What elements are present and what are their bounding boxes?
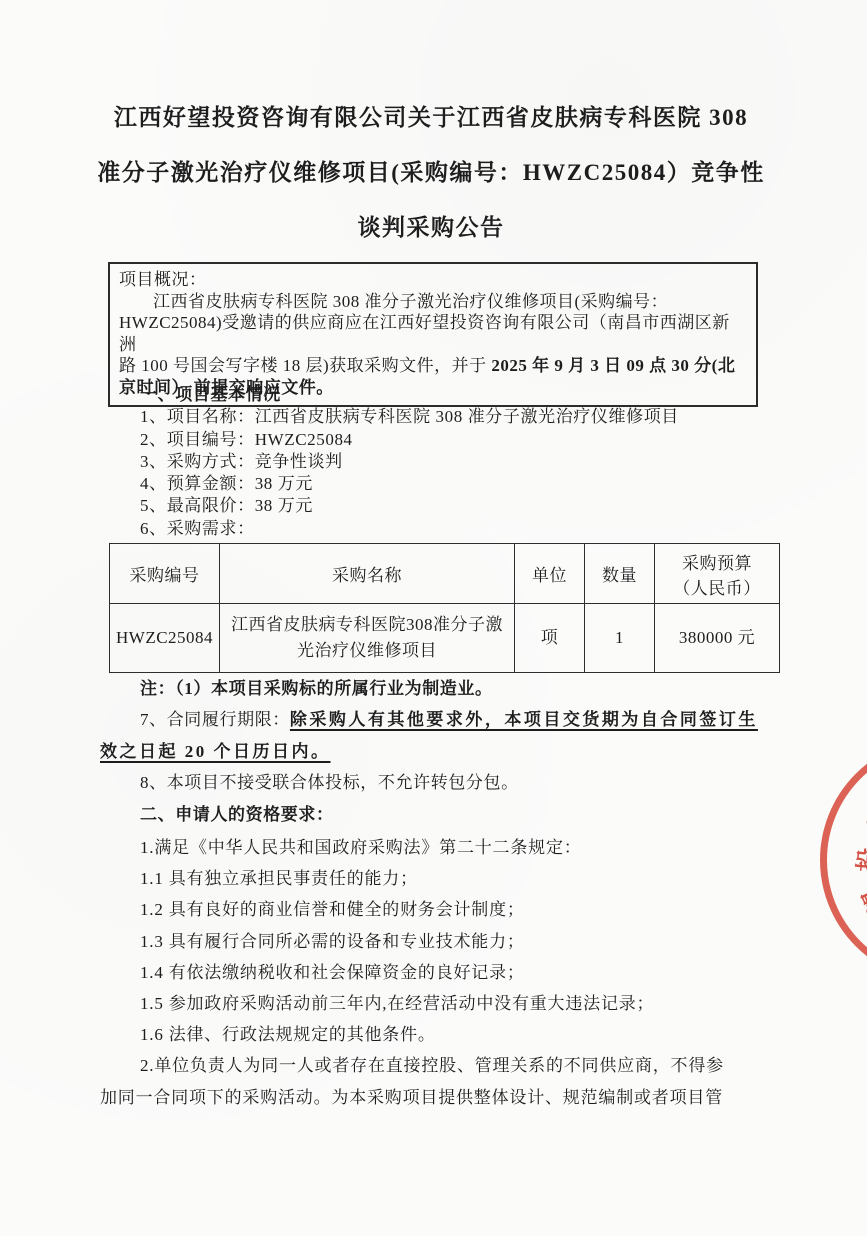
header-budget: 采购预算 （人民币） xyxy=(655,544,780,604)
overview-label: 项目概况： xyxy=(119,269,747,291)
section1-item-demand: 6、采购需求： xyxy=(100,518,764,540)
section1-item-name: 1、项目名称：江西省皮肤病专科医院 308 准分子激光治疗仪维修项目 xyxy=(100,406,764,428)
seal-character: 望 xyxy=(859,883,867,918)
qual-item-1-2: 1.2 具有良好的商业信誉和健全的财务会计制度； xyxy=(100,894,768,925)
header-name: 采购名称 xyxy=(220,544,515,604)
qual-item-1: 1.满足《中华人民共和国政府采购法》第二十二条规定： xyxy=(100,832,768,863)
cell-name: 江西省皮肤病专科医院308准分子激光治疗仪维修项目 xyxy=(220,604,515,673)
overview-line-3-regular: 路 100 号国会写字楼 18 层)获取采购文件，并于 xyxy=(119,356,491,375)
company-seal-stamp: 咨 资 投 望 好 xyxy=(820,738,867,982)
seal-character: 投 xyxy=(855,846,867,874)
clause7-line2: 效之日起 20 个日历日内。 xyxy=(100,736,768,767)
section1-item-budget: 4、预算金额：38 万元 xyxy=(100,473,764,495)
header-budget-line1: 采购预算 xyxy=(661,549,773,574)
table-header-row: 采购编号 采购名称 单位 数量 采购预算 （人民币） xyxy=(110,544,780,604)
qual-item-1-4: 1.4 有依法缴纳税收和社会保障资金的良好记录； xyxy=(100,957,768,988)
section2-heading: 二、申请人的资格要求： xyxy=(100,799,768,830)
header-unit: 单位 xyxy=(515,544,585,604)
title-line-2: 准分子激光治疗仪维修项目(采购编号：HWZC25084）竞争性 xyxy=(85,145,777,200)
clause7-label: 7、合同履行期限： xyxy=(140,710,290,729)
qual-para2-line1: 2.单位负责人为同一人或者存在直接控股、管理关系的不同供应商，不得参 xyxy=(100,1050,768,1081)
header-code: 采购编号 xyxy=(110,544,220,604)
overview-line-1: 江西省皮肤病专科医院 308 准分子激光治疗仪维修项目(采购编号： xyxy=(119,291,747,313)
header-qty: 数量 xyxy=(585,544,655,604)
title-line-3: 谈判采购公告 xyxy=(85,200,777,255)
document-page: 江西好望投资咨询有限公司关于江西省皮肤病专科医院 308 准分子激光治疗仪维修项… xyxy=(0,0,867,1236)
section1-heading: 一、项目基本情况 xyxy=(100,384,764,406)
clause8: 8、本项目不接受联合体投标，不允许转包分包。 xyxy=(100,767,768,798)
cell-budget: 380000 元 xyxy=(655,604,780,673)
title-line-1: 江西好望投资咨询有限公司关于江西省皮肤病专科医院 308 xyxy=(85,90,777,145)
qual-para2-line2: 加同一合同项下的采购活动。为本采购项目提供整体设计、规范编制或者项目管 xyxy=(100,1082,768,1113)
table-row: HWZC25084 江西省皮肤病专科医院308准分子激光治疗仪维修项目 项 1 … xyxy=(110,604,780,673)
qual-item-1-6: 1.6 法律、行政法规规定的其他条件。 xyxy=(100,1019,768,1050)
clause7-line1: 7、合同履行期限：除采购人有其他要求外，本项目交货期为自合同签订生 xyxy=(100,704,768,735)
notes-block: 注：（1）本项目采购标的所属行业为制造业。 7、合同履行期限：除采购人有其他要求… xyxy=(100,673,768,830)
section1-item-maxprice: 5、最高限价：38 万元 xyxy=(100,495,764,517)
section-qualifications: 1.满足《中华人民共和国政府采购法》第二十二条规定： 1.1 具有独立承担民事责… xyxy=(100,832,768,1113)
section1-item-number: 2、项目编号：HWZC25084 xyxy=(100,429,764,451)
section1-item-method: 3、采购方式：竞争性谈判 xyxy=(100,451,764,473)
procurement-table: 采购编号 采购名称 单位 数量 采购预算 （人民币） HWZC25084 江西省… xyxy=(109,543,780,673)
cell-code: HWZC25084 xyxy=(110,604,220,673)
cell-qty: 1 xyxy=(585,604,655,673)
qual-item-1-5: 1.5 参加政府采购活动前三年内,在经营活动中没有重大违法记录； xyxy=(100,988,768,1019)
overview-line-2: HWZC25084)受邀请的供应商应在江西好望投资咨询有限公司（南昌市西湖区新洲 xyxy=(119,312,747,355)
qual-item-1-1: 1.1 具有独立承担民事责任的能力； xyxy=(100,863,768,894)
overview-line-3: 路 100 号国会写字楼 18 层)获取采购文件，并于 2025 年 9 月 3… xyxy=(119,355,747,377)
header-budget-line2: （人民币） xyxy=(661,574,773,599)
qual-item-1-3: 1.3 具有履行合同所必需的设备和专业技术能力； xyxy=(100,926,768,957)
clause7-underline-1: 除采购人有其他要求外，本项目交货期为自合同签订生 xyxy=(290,710,758,729)
note-industry: 注：（1）本项目采购标的所属行业为制造业。 xyxy=(100,673,768,704)
section-basic-info: 一、项目基本情况 1、项目名称：江西省皮肤病专科医院 308 准分子激光治疗仪维… xyxy=(100,384,764,540)
overview-line-3-bold: 2025 年 9 月 3 日 09 点 30 分(北 xyxy=(491,356,735,375)
page-title: 江西好望投资咨询有限公司关于江西省皮肤病专科医院 308 准分子激光治疗仪维修项… xyxy=(85,90,777,255)
clause7-underline-2: 效之日起 20 个日历日内。 xyxy=(100,742,331,761)
cell-unit: 项 xyxy=(515,604,585,673)
